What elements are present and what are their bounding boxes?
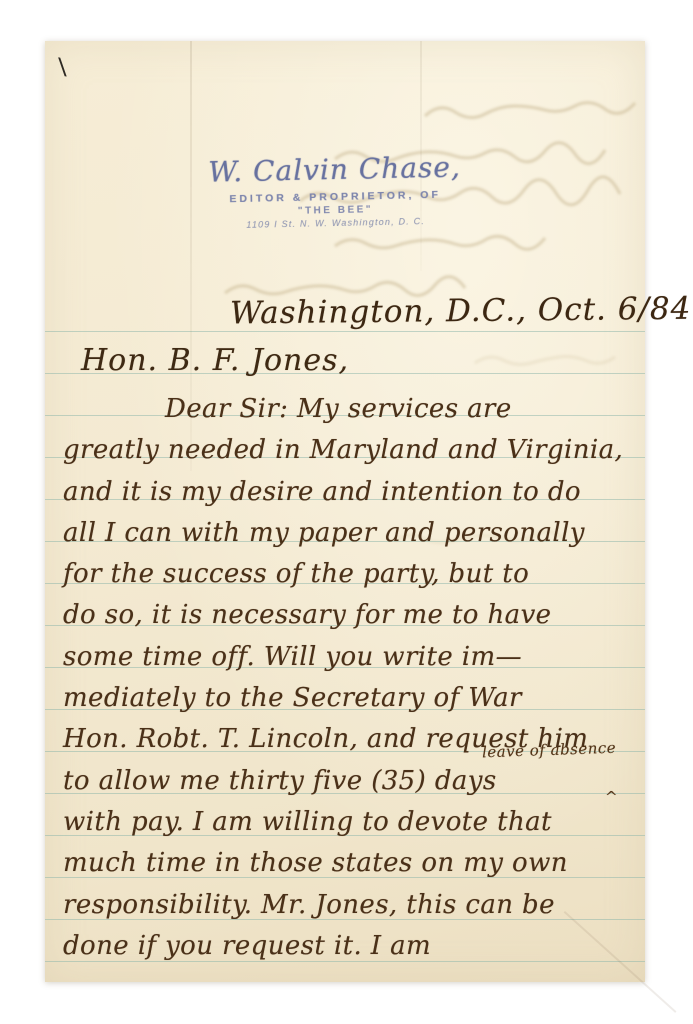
handwritten-line: to allow me thirty five (35) days <box>63 761 629 802</box>
letter-scan: \ W. Calvin Chase, EDITOR & PROPRIETOR, … <box>0 0 693 1024</box>
letter-paper: \ W. Calvin Chase, EDITOR & PROPRIETOR, … <box>45 41 645 982</box>
handwritten-line: and it is my desire and intention to do <box>63 472 629 513</box>
handwritten-line: some time off. Will you write im— <box>63 637 629 678</box>
handwritten-line: much time in those states on my own <box>63 843 629 884</box>
letterhead-stamp: W. Calvin Chase, EDITOR & PROPRIETOR, OF… <box>134 149 535 232</box>
handwritten-line: done if you request it. I am <box>63 926 629 967</box>
handwritten-line: greatly needed in Maryland and Virginia, <box>63 430 629 471</box>
handwritten-line: Dear Sir: My services are <box>63 389 629 430</box>
letterhead-name: W. Calvin Chase, <box>134 149 535 190</box>
handwritten-line: responsibility. Mr. Jones, this can be <box>63 885 629 926</box>
insertion-caret: ^ <box>605 788 618 806</box>
handwritten-line: for the success of the party, but to <box>63 554 629 595</box>
handwritten-line: do so, it is necessary for me to have <box>63 595 629 636</box>
stray-pen-mark: \ <box>55 54 71 80</box>
addressee-line: Hon. B. F. Jones, <box>81 343 349 378</box>
letter-body: Dear Sir: My services aregreatly needed … <box>63 389 629 967</box>
handwritten-line: all I can with my paper and personally <box>63 513 629 554</box>
handwritten-line: mediately to the Secretary of War <box>63 678 629 719</box>
dateline: Washington, D.C., Oct. 6/84. <box>230 291 693 332</box>
handwritten-line: with pay. I am willing to devote that <box>63 802 629 843</box>
